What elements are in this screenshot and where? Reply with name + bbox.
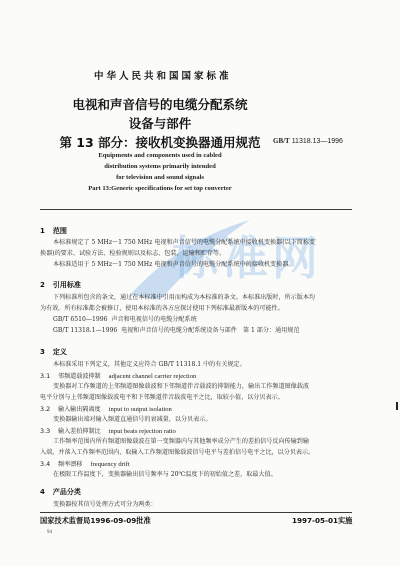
section-1-heading: 1范围 <box>40 226 67 236</box>
definition-3-2-line-1: 变换器输出端对输入频道直通信号的衰减量，以分贝表示。 <box>53 415 211 425</box>
header-divider <box>40 209 352 210</box>
section-4-para-1: 变换器按其信号处理方式可分为两类： <box>53 500 157 510</box>
title-en-line4: Part 13:Generic specifications for set t… <box>0 185 320 192</box>
standard-code-number: 11318.13—1996 <box>292 138 343 145</box>
definition-3-4-line-1: 在极限工作温度下，变换器输出信号频率与 20℃温度下的初始值之差，取最大值。 <box>53 470 277 480</box>
page-number: 94 <box>47 530 52 535</box>
standard-code-prefix: GB/T <box>273 137 290 145</box>
standard-code: GB/T 11318.13—1996 <box>273 137 343 145</box>
reference-item: GB/T 6510—1996 声音和电视信号的电缆分配系统 <box>53 315 197 325</box>
footer-divider <box>40 512 352 513</box>
title-en-line2: distribution systems primarily intended <box>0 163 320 170</box>
approval-date: 国家技术监督局1996-09-09批准 <box>40 516 151 526</box>
section-4-heading: 4产品分类 <box>40 487 81 497</box>
title-cn-line1: 电视和声音信号的电缆分配系统 <box>0 95 320 113</box>
title-en-line1: Equipments and components used in cabled <box>0 152 320 159</box>
definition-3-1-line-2: 电平分别与上邻频道图像载波电平和下邻频道伴音载波电平之比，取较小值，以分贝表示。 <box>40 393 284 403</box>
definition-3-1-line-1: 变换器对工作频道的上邻频道图像载波和下邻频道伴音载波的抑制能力，输出工作频道图像… <box>53 382 309 392</box>
section-2-para-1b: 为有效。所有标准都会被修订，使用本标准的各方应探讨使用下列标准最新版本的可能性。 <box>40 304 284 314</box>
section-3-intro: 本标准采用下列定义，其他定义应符合 GB/T 11318.1 中的有关规定。 <box>53 360 246 370</box>
reference-item: GB/T 11318.1—1996 电视和声音信号的电缆分配系统设备与部件 第 … <box>53 326 299 336</box>
effective-date: 1997-05-01实施 <box>292 516 352 526</box>
title-cn-line2: 设备与部件 <box>0 114 320 132</box>
margin-mark <box>396 402 398 410</box>
definition-heading-3-4: 3.4频率漂移frequency drift <box>40 459 130 468</box>
document-page: 标准网 中华人民共和国国家标准 电视和声音信号的电缆分配系统 设备与部件 第 1… <box>0 0 400 566</box>
section-3-heading: 3定义 <box>40 347 67 357</box>
section-2-heading: 2引用标准 <box>40 280 81 290</box>
section-2-para-1a: 下列标准所包含的条文，通过在本标准中引用而构成为本标准的条文。本标准出版时，所示… <box>53 293 315 303</box>
standard-type-label: 中华人民共和国国家标准 <box>0 68 400 82</box>
title-cn-line3: 第 13 部分：接收机变换器通用规范 <box>0 133 320 151</box>
definition-3-3-line-1: 工作频率范围内所有频道图像载波在第一变频器内与其他频率成分产生的差拍信号反向传输… <box>53 437 309 447</box>
definition-heading-3-1: 3.1邻频道载波抑制adjacent channel carrier rejec… <box>40 371 196 380</box>
section-1-para-2: 本标准适用于 5 MHz～1 750 MHz 电视和声音信号的电缆分配系统中的接… <box>53 260 294 270</box>
section-1-para-1b: 换器)的要求、试验方法、检验规则以及标志、包装、运输和贮存等。 <box>40 249 225 259</box>
definition-3-3-line-2: 入端，并落入工作频率范围内，取输入工作频道图像载波信号电平与差拍信号电平之比，以… <box>40 448 314 458</box>
definition-heading-3-3: 3.3输入差拍抑制比input beats rejection ratio <box>40 426 176 435</box>
definition-heading-3-2: 3.2输入输出隔离度input to output isolation <box>40 404 172 413</box>
section-1-para-1a: 本标准规定了 5 MHz～1 750 MHz 电视和声音信号的电缆分配系统中接收… <box>53 238 315 248</box>
title-en-line3: for television and sound signals <box>0 174 320 181</box>
